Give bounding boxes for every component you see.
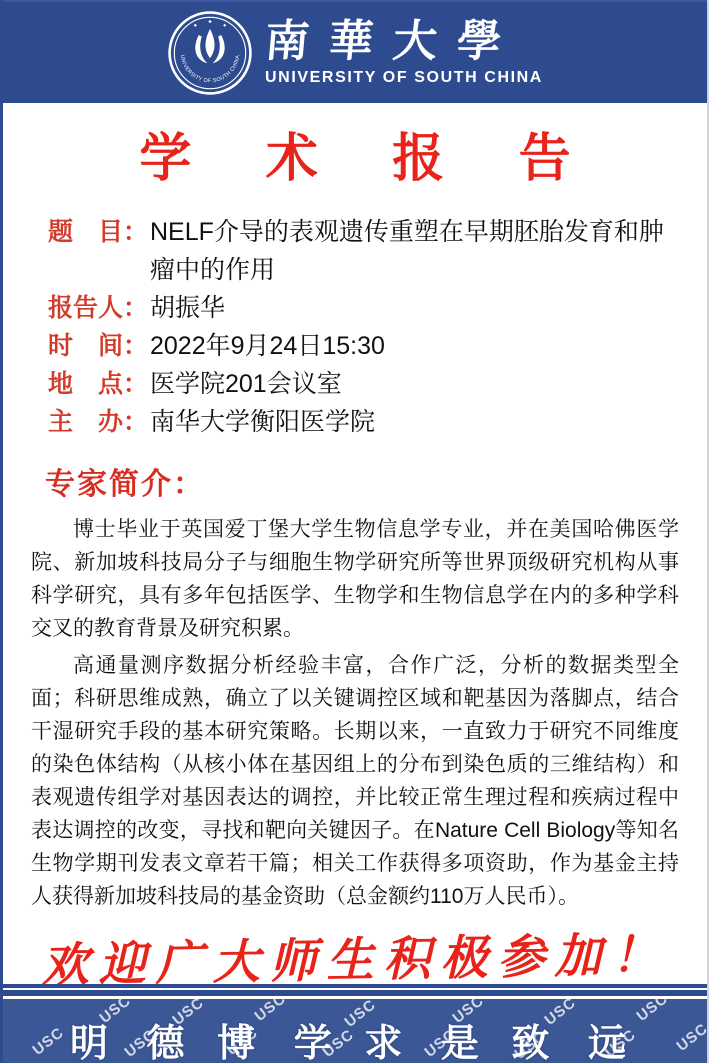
bio-section: 专家简介： 博士毕业于英国爱丁堡大学生物信息学专业，并在美国哈佛医学院、新加坡科… <box>31 459 679 913</box>
bio-paragraph-2: 高通量测序数据分析经验丰富，合作广泛，分析的数据类型全面；科研思维成熟，确立了以… <box>31 649 679 913</box>
usc-watermark: USC <box>673 1020 707 1055</box>
info-row-organizer: 主 办： 南华大学衡阳医学院 <box>48 403 677 441</box>
time-value: 2022年9月24日15:30 <box>150 327 677 365</box>
seal-arc-text: UNIVERSITY OF SOUTH CHINA <box>179 54 241 84</box>
university-name-cn: 南華大學 <box>263 18 523 66</box>
header-banner: UNIVERSITY OF SOUTH CHINA 南華大學 UNIVERSIT… <box>3 0 707 103</box>
university-name-en: UNIVERSITY OF SOUTH CHINA <box>265 69 543 87</box>
info-section: 题 目： NELF介导的表观遗传重塑在早期胚胎发育和肿瘤中的作用 报告人： 胡振… <box>48 213 677 441</box>
info-row-speaker: 报告人： 胡振华 <box>48 289 677 327</box>
motto-mingde: 明 德 <box>70 1012 199 1063</box>
footer-banner: USCUSCUSCUSCUSCUSCUSCUSCUSCUSCUSCUSCUSCU… <box>3 984 707 1063</box>
usc-watermark: USC <box>29 1024 67 1059</box>
time-label: 时 间： <box>48 327 150 365</box>
info-row-topic: 题 目： NELF介导的表观遗传重塑在早期胚胎发育和肿瘤中的作用 <box>48 213 677 289</box>
university-seal-icon: UNIVERSITY OF SOUTH CHINA <box>167 10 253 96</box>
organizer-value: 南华大学衡阳医学院 <box>150 403 677 441</box>
university-logo: UNIVERSITY OF SOUTH CHINA 南華大學 UNIVERSIT… <box>167 10 543 96</box>
location-value: 医学院201会议室 <box>150 365 677 403</box>
bio-heading: 专家简介： <box>45 459 679 503</box>
topic-label: 题 目： <box>48 213 150 289</box>
location-label: 地 点： <box>48 365 150 403</box>
motto-zhiyuan: 致 远 <box>511 1012 640 1063</box>
info-row-time: 时 间： 2022年9月24日15:30 <box>48 327 677 365</box>
lecture-poster: UNIVERSITY OF SOUTH CHINA 南華大學 UNIVERSIT… <box>0 0 709 1063</box>
motto-boxue: 博 学 <box>217 1012 346 1063</box>
speaker-value: 胡振华 <box>150 289 677 327</box>
university-names: 南華大學 UNIVERSITY OF SOUTH CHINA <box>265 18 543 87</box>
info-row-location: 地 点： 医学院201会议室 <box>48 365 677 403</box>
svg-text:UNIVERSITY OF SOUTH CHINA: UNIVERSITY OF SOUTH CHINA <box>179 54 241 84</box>
bio-paragraph-1: 博士毕业于英国爱丁堡大学生物信息学专业，并在美国哈佛医学院、新加坡科技局分子与细… <box>31 513 679 645</box>
organizer-label: 主 办： <box>48 403 150 441</box>
footer-bar: USCUSCUSCUSCUSCUSCUSCUSCUSCUSCUSCUSCUSCU… <box>3 999 707 1063</box>
motto-qiushi: 求 是 <box>364 1012 493 1063</box>
motto: 明 德 博 学 求 是 致 远 <box>70 999 640 1063</box>
speaker-label: 报告人： <box>48 289 150 327</box>
topic-value: NELF介导的表观遗传重塑在早期胚胎发育和肿瘤中的作用 <box>150 213 677 289</box>
page-title: 学 术 报 告 <box>3 129 707 189</box>
